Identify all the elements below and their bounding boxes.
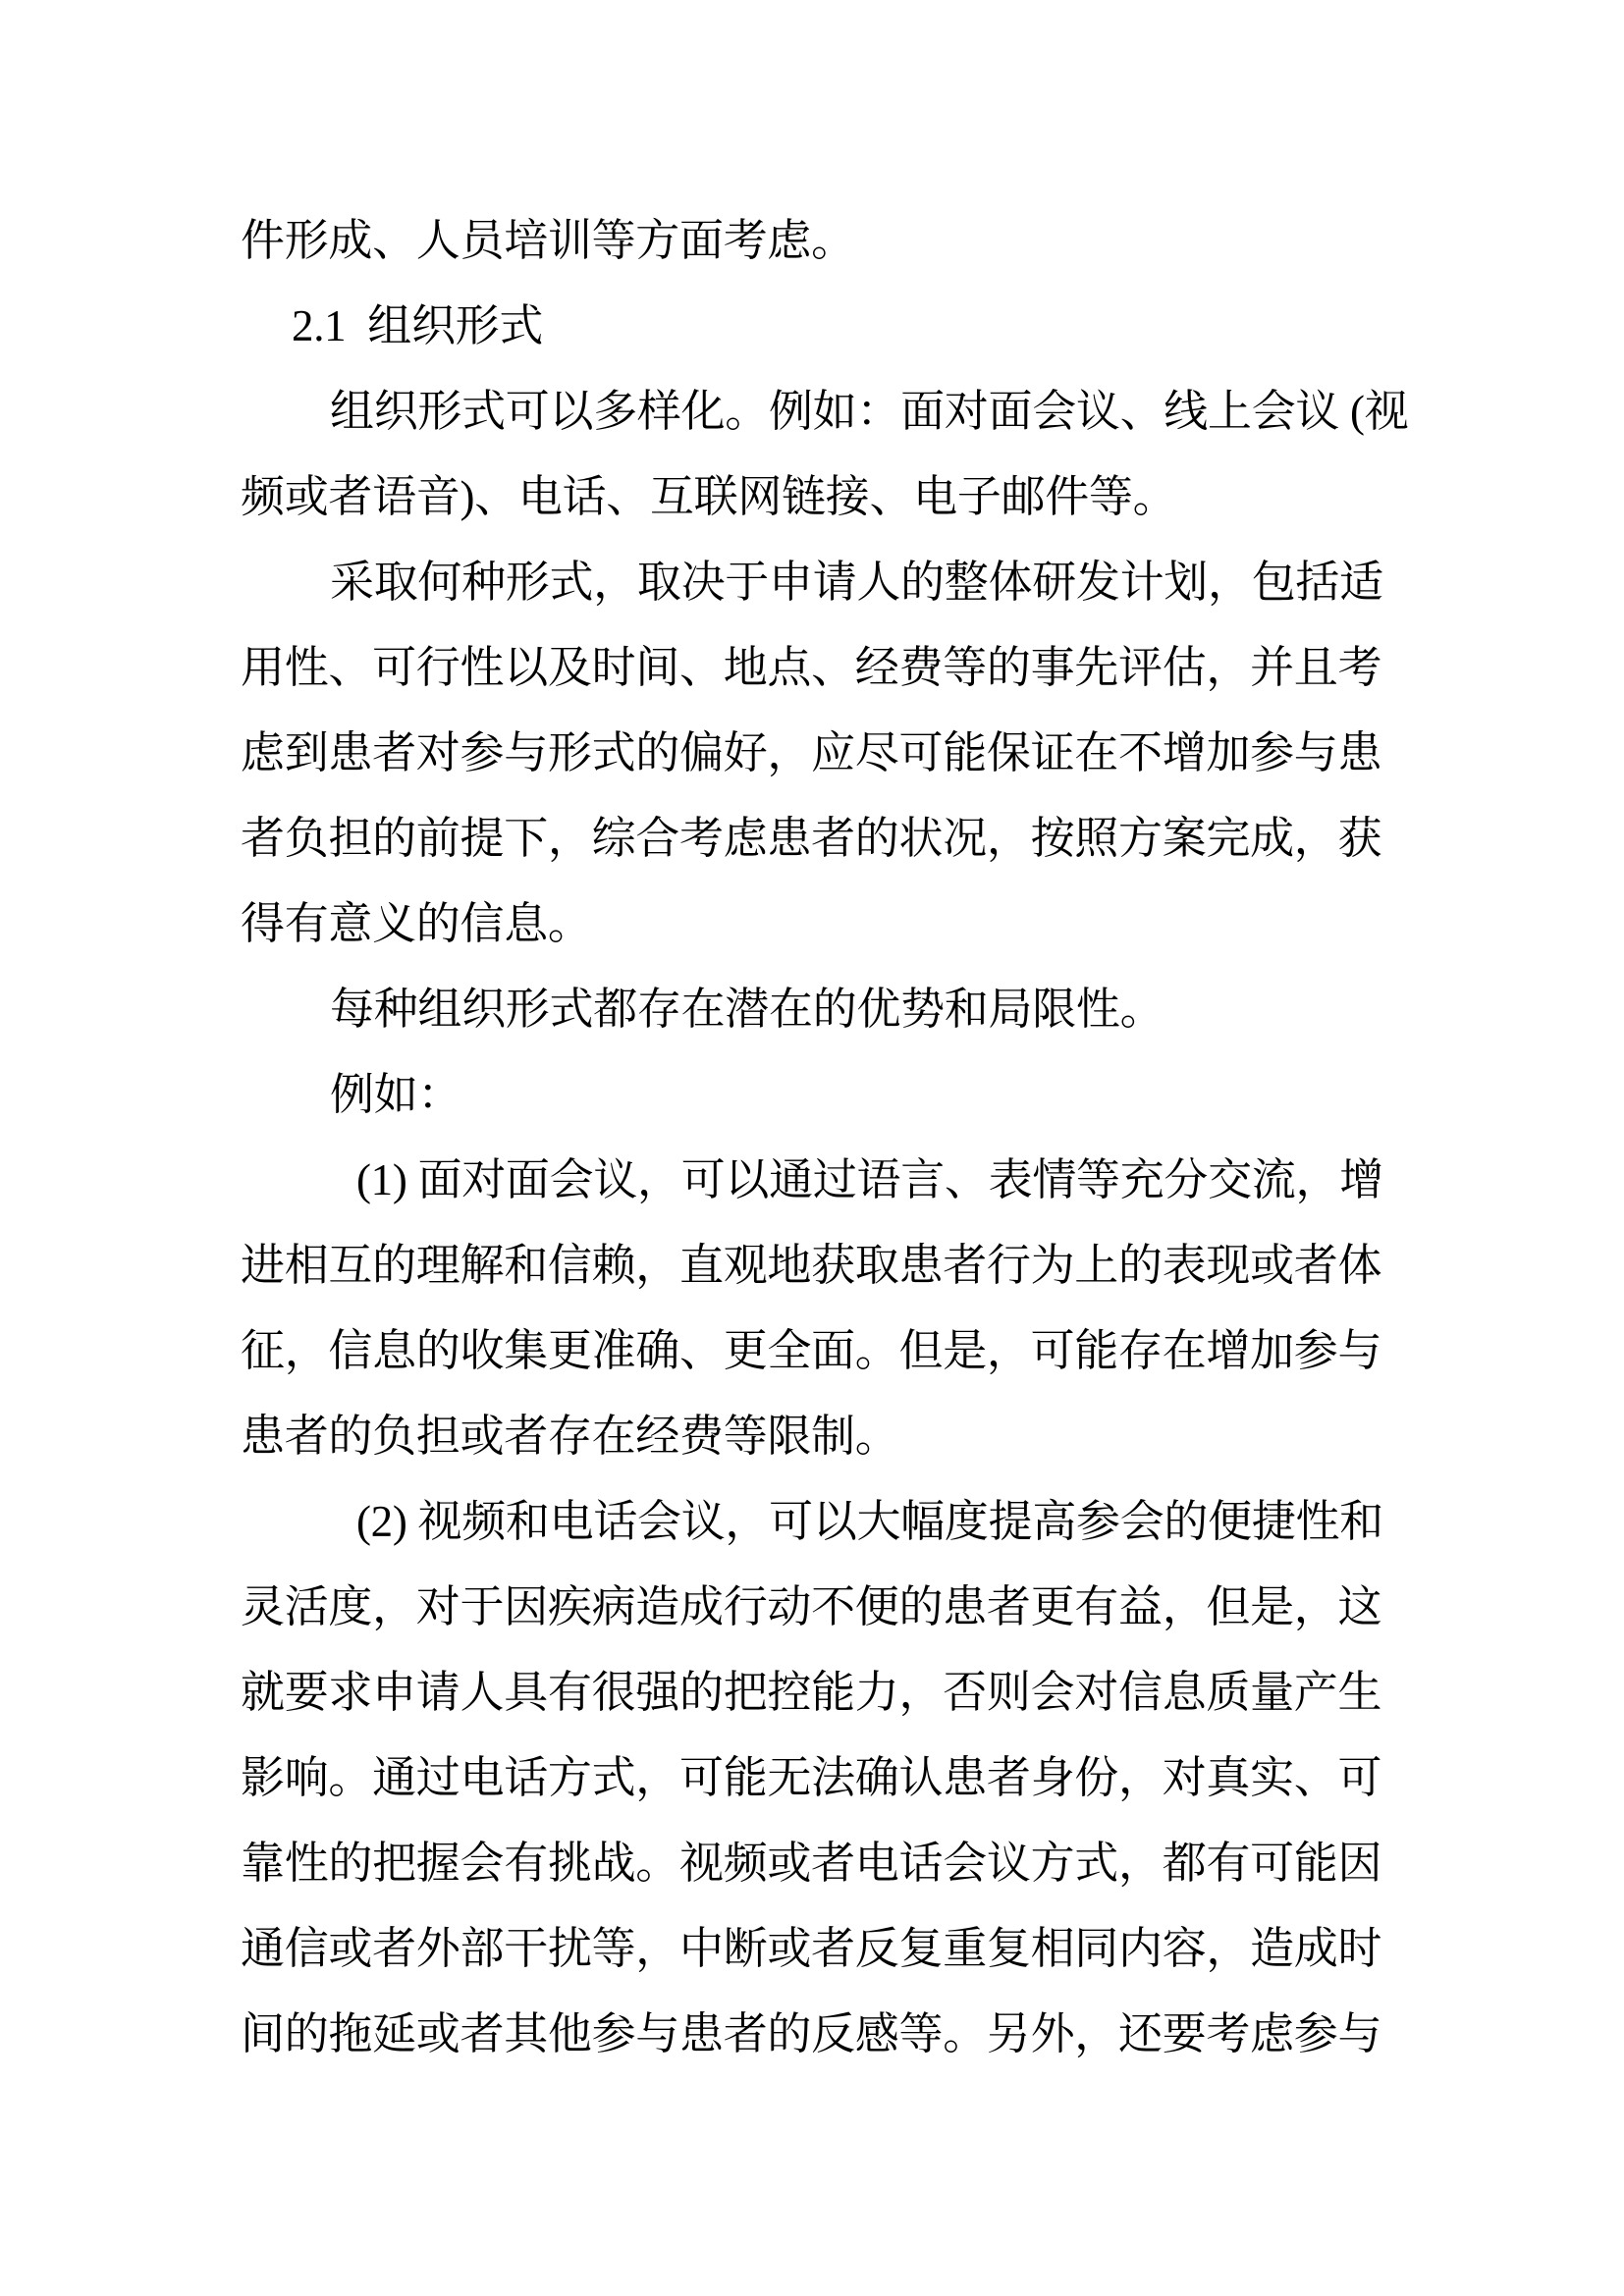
- text-line: 靠性的把握会有挑战。视频或者电话会议方式，都有可能因: [241, 1821, 1394, 1906]
- text-line: 灵活度，对于因疾病造成行动不便的患者更有益，但是，这: [241, 1565, 1394, 1650]
- text-block: 件形成、人员培训等方面考虑。2.1 组织形式组织形式可以多样化。例如：面对面会议…: [241, 198, 1394, 2077]
- list-item-line: (1) 面对面会议，可以通过语言、表情等充分交流，增: [241, 1138, 1394, 1223]
- text-line: 通信或者外部干扰等，中断或者反复重复相同内容，造成时: [241, 1906, 1394, 1992]
- text-line: 每种组织形式都存在潜在的优势和局限性。: [241, 967, 1394, 1052]
- text-line: 虑到患者对参与形式的偏好，应尽可能保证在不增加参与患: [241, 711, 1394, 796]
- document-page: 件形成、人员培训等方面考虑。2.1 组织形式组织形式可以多样化。例如：面对面会议…: [0, 0, 1624, 2296]
- text-line: 例如：: [241, 1052, 1394, 1138]
- text-line: 影响。通过电话方式，可能无法确认患者身份，对真实、可: [241, 1735, 1394, 1821]
- text-line: 就要求申请人具有很强的把控能力，否则会对信息质量产生: [241, 1650, 1394, 1735]
- text-line: 件形成、人员培训等方面考虑。: [241, 198, 1394, 284]
- text-line: 组织形式可以多样化。例如：面对面会议、线上会议 (视: [241, 369, 1394, 454]
- text-line: 进相互的理解和信赖，直观地获取患者行为上的表现或者体: [241, 1223, 1394, 1308]
- text-line: 患者的负担或者存在经费等限制。: [241, 1394, 1394, 1479]
- text-line: 用性、可行性以及时间、地点、经费等的事先评估，并且考: [241, 625, 1394, 711]
- section-heading: 2.1 组织形式: [241, 284, 1394, 369]
- text-line: 采取何种形式，取决于申请人的整体研发计划，包括适: [241, 540, 1394, 625]
- list-item-line: (2) 视频和电话会议，可以大幅度提高参会的便捷性和: [241, 1479, 1394, 1565]
- text-line: 频或者语音)、电话、互联网链接、电子邮件等。: [241, 454, 1394, 540]
- text-line: 征，信息的收集更准确、更全面。但是，可能存在增加参与: [241, 1308, 1394, 1394]
- text-line: 间的拖延或者其他参与患者的反感等。另外，还要考虑参与: [241, 1992, 1394, 2077]
- text-line: 者负担的前提下，综合考虑患者的状况，按照方案完成，获: [241, 796, 1394, 881]
- text-line: 得有意义的信息。: [241, 881, 1394, 967]
